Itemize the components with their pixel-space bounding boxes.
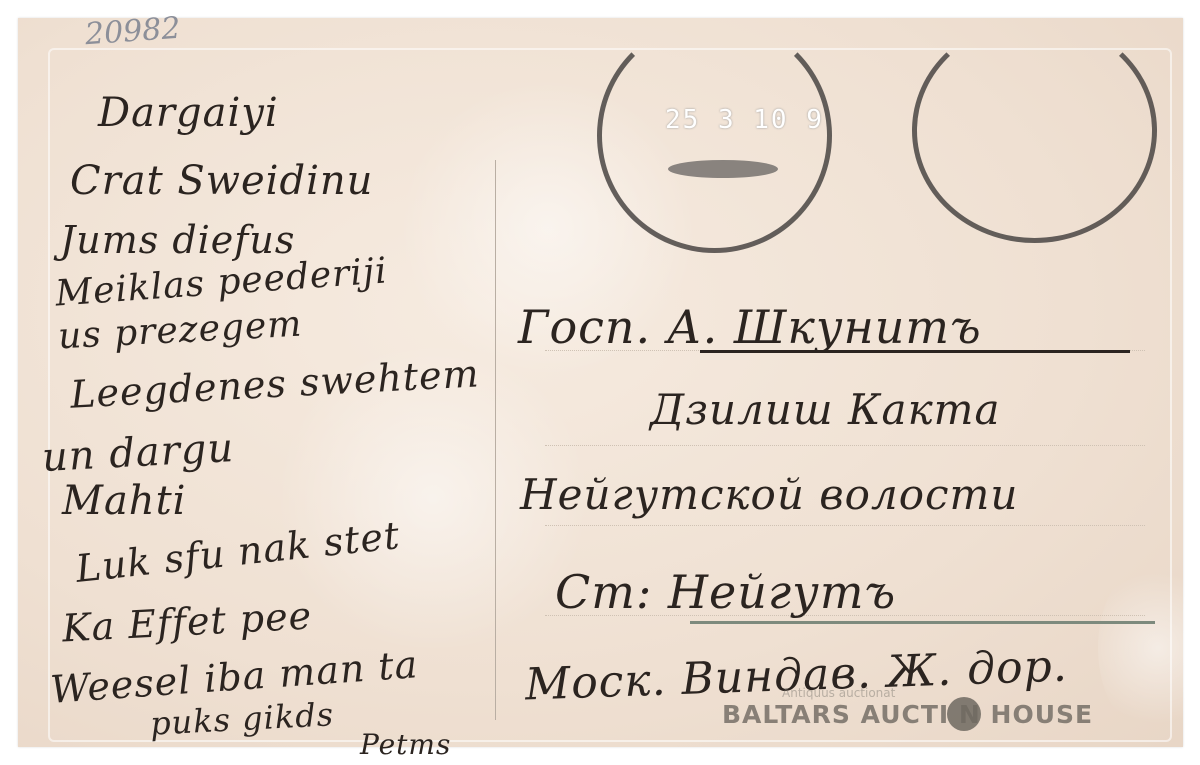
address-guide-line <box>545 445 1145 446</box>
message-line: Jums diefus <box>60 218 295 262</box>
address-line: Ст: Нейгутъ <box>555 565 896 619</box>
postmark-right <box>912 18 1157 243</box>
postmark-date: 25 3 10 9 <box>665 105 824 135</box>
message-line: Crat Sweidinu <box>70 158 373 204</box>
station-underline <box>690 621 1155 624</box>
watermark-brand: BALTARS AUCTI N HOUSE <box>722 700 1093 729</box>
address-line: Госп. А. Шкунитъ <box>518 300 982 354</box>
address-line: Дзилиш Какта <box>650 385 1001 434</box>
watermark-subtext: Antiquus auctionat <box>782 686 895 700</box>
postmark-bar <box>668 160 778 178</box>
address-line: Нейгутской волости <box>520 470 1018 519</box>
inventory-number: 20982 <box>84 11 182 53</box>
message-line: Mahti <box>62 478 186 524</box>
recipient-underline <box>700 350 1130 353</box>
message-line: Petms <box>360 728 451 761</box>
message-line: Dargaiyi <box>98 90 279 136</box>
postmark-left <box>597 18 832 253</box>
watermark-logo-icon <box>947 697 981 731</box>
address-guide-line <box>545 525 1145 526</box>
address-divider-line <box>495 160 496 720</box>
